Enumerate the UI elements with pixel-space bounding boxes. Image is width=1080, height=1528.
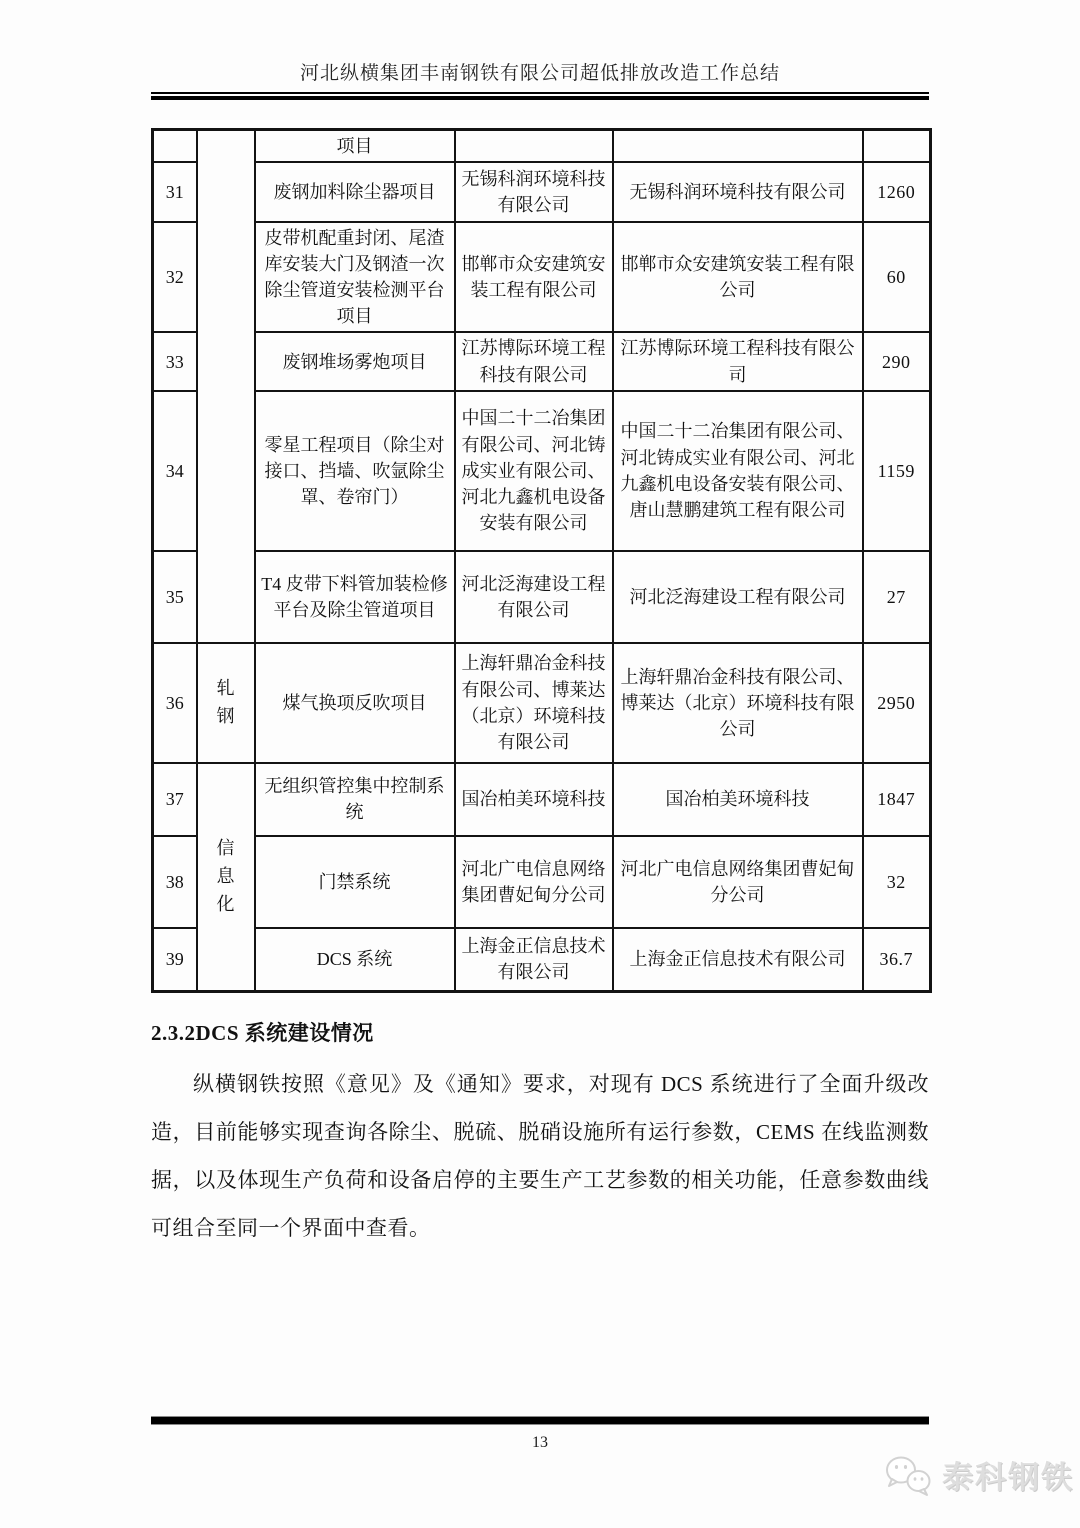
cell-contractor: 河北泛海建设工程有限公司 [455, 551, 613, 643]
header-divider-thick-line [151, 96, 929, 100]
table-row-partial-header: 项目 [153, 130, 931, 163]
cell-row-number: 37 [153, 763, 197, 836]
cell-contractor-empty [455, 130, 613, 163]
cell-amount: 60 [863, 222, 931, 332]
cell-contractor: 国冶柏美环境科技 [455, 763, 613, 836]
cell-category-information: 信息化 [197, 763, 255, 992]
cell-amount: 1847 [863, 763, 931, 836]
cell-project-header: 项目 [255, 130, 455, 163]
body-paragraph: 纵横钢铁按照《意见》及《通知》要求，对现有 DCS 系统进行了全面升级改造，目前… [151, 1061, 929, 1253]
cell-row-number: 32 [153, 222, 197, 332]
cell-amount: 1159 [863, 391, 931, 551]
category-label: 信息化 [215, 835, 236, 919]
footer-divider [151, 1416, 929, 1425]
projects-table: 项目 31 废钢加料除尘器项目 无锡科润环境科技有限公司 无锡科润环境科技有限公… [151, 128, 932, 993]
header-divider-thin-line [151, 92, 929, 94]
cell-company: 上海金正信息技术有限公司 [613, 928, 863, 992]
cell-company: 邯郸市众安建筑安装工程有限公司 [613, 222, 863, 332]
cell-project: 无组织管控集中控制系统 [255, 763, 455, 836]
cell-project: 零星工程项目（除尘对接口、挡墙、吹氩除尘罩、卷帘门） [255, 391, 455, 551]
table-row-34: 34 零星工程项目（除尘对接口、挡墙、吹氩除尘罩、卷帘门） 中国二十二冶集团有限… [153, 391, 931, 551]
cell-company: 无锡科润环境科技有限公司 [613, 162, 863, 222]
cell-amount: 2950 [863, 643, 931, 763]
cell-contractor: 中国二十二冶集团有限公司、河北铸成实业有限公司、河北九鑫机电设备安装有限公司 [455, 391, 613, 551]
cell-category-rolling: 轧钢 [197, 643, 255, 763]
cell-company: 河北广电信息网络集团曹妃甸分公司 [613, 836, 863, 928]
cell-amount-empty [863, 130, 931, 163]
cell-row-number: 35 [153, 551, 197, 643]
cell-category-empty [197, 130, 255, 643]
cell-amount: 1260 [863, 162, 931, 222]
cell-company-empty [613, 130, 863, 163]
cell-row-number: 38 [153, 836, 197, 928]
table-row-33: 33 废钢堆场雾炮项目 江苏博际环境工程科技有限公司 江苏博际环境工程科技有限公… [153, 332, 931, 390]
document-content: 河北纵横集团丰南钢铁有限公司超低排放改造工作总结 项目 31 废钢加料除尘器项目… [151, 0, 929, 1253]
cell-contractor: 无锡科润环境科技有限公司 [455, 162, 613, 222]
cell-company: 河北泛海建设工程有限公司 [613, 551, 863, 643]
cell-contractor: 邯郸市众安建筑安装工程有限公司 [455, 222, 613, 332]
cell-contractor: 上海金正信息技术有限公司 [455, 928, 613, 992]
page-footer: 13 [151, 1416, 929, 1452]
watermark-label: 泰科钢铁 [942, 1452, 1074, 1497]
cell-no-empty [153, 130, 197, 163]
cell-company: 中国二十二冶集团有限公司、河北铸成实业有限公司、河北九鑫机电设备安装有限公司、唐… [613, 391, 863, 551]
cell-amount: 290 [863, 332, 931, 390]
cell-project: 煤气换项反吹项目 [255, 643, 455, 763]
table-row-31: 31 废钢加料除尘器项目 无锡科润环境科技有限公司 无锡科润环境科技有限公司 1… [153, 162, 931, 222]
cell-company: 江苏博际环境工程科技有限公司 [613, 332, 863, 390]
cell-company: 国冶柏美环境科技 [613, 763, 863, 836]
cell-amount: 32 [863, 836, 931, 928]
cell-project: DCS 系统 [255, 928, 455, 992]
table-row-38: 38 门禁系统 河北广电信息网络集团曹妃甸分公司 河北广电信息网络集团曹妃甸分公… [153, 836, 931, 928]
document-header-title: 河北纵横集团丰南钢铁有限公司超低排放改造工作总结 [151, 58, 929, 85]
category-label: 轧钢 [215, 675, 236, 731]
table-row-39: 39 DCS 系统 上海金正信息技术有限公司 上海金正信息技术有限公司 36.7 [153, 928, 931, 992]
cell-project: 废钢加料除尘器项目 [255, 162, 455, 222]
watermark: 泰科钢铁 [882, 1452, 1074, 1497]
wechat-icon [882, 1453, 934, 1497]
cell-row-number: 31 [153, 162, 197, 222]
cell-contractor: 上海轩鼎冶金科技有限公司、博莱达（北京）环境科技有限公司 [455, 643, 613, 763]
cell-project: 门禁系统 [255, 836, 455, 928]
table-row-35: 35 T4 皮带下料管加装检修平台及除尘管道项目 河北泛海建设工程有限公司 河北… [153, 551, 931, 643]
section-heading: 2.3.2DCS 系统建设情况 [151, 1017, 929, 1047]
cell-company: 上海轩鼎冶金科技有限公司、博莱达（北京）环境科技有限公司 [613, 643, 863, 763]
cell-amount: 36.7 [863, 928, 931, 992]
cell-contractor: 江苏博际环境工程科技有限公司 [455, 332, 613, 390]
cell-project: 皮带机配重封闭、尾渣库安装大门及钢渣一次除尘管道安装检测平台项目 [255, 222, 455, 332]
cell-row-number: 33 [153, 332, 197, 390]
cell-contractor: 河北广电信息网络集团曹妃甸分公司 [455, 836, 613, 928]
table-row-37: 37 信息化 无组织管控集中控制系统 国冶柏美环境科技 国冶柏美环境科技 184… [153, 763, 931, 836]
cell-amount: 27 [863, 551, 931, 643]
cell-project: 废钢堆场雾炮项目 [255, 332, 455, 390]
cell-project: T4 皮带下料管加装检修平台及除尘管道项目 [255, 551, 455, 643]
table-row-32: 32 皮带机配重封闭、尾渣库安装大门及钢渣一次除尘管道安装检测平台项目 邯郸市众… [153, 222, 931, 332]
header-divider [151, 92, 929, 100]
cell-row-number: 34 [153, 391, 197, 551]
page-number: 13 [151, 1434, 929, 1452]
table-row-36: 36 轧钢 煤气换项反吹项目 上海轩鼎冶金科技有限公司、博莱达（北京）环境科技有… [153, 643, 931, 763]
cell-row-number: 39 [153, 928, 197, 992]
cell-row-number: 36 [153, 643, 197, 763]
